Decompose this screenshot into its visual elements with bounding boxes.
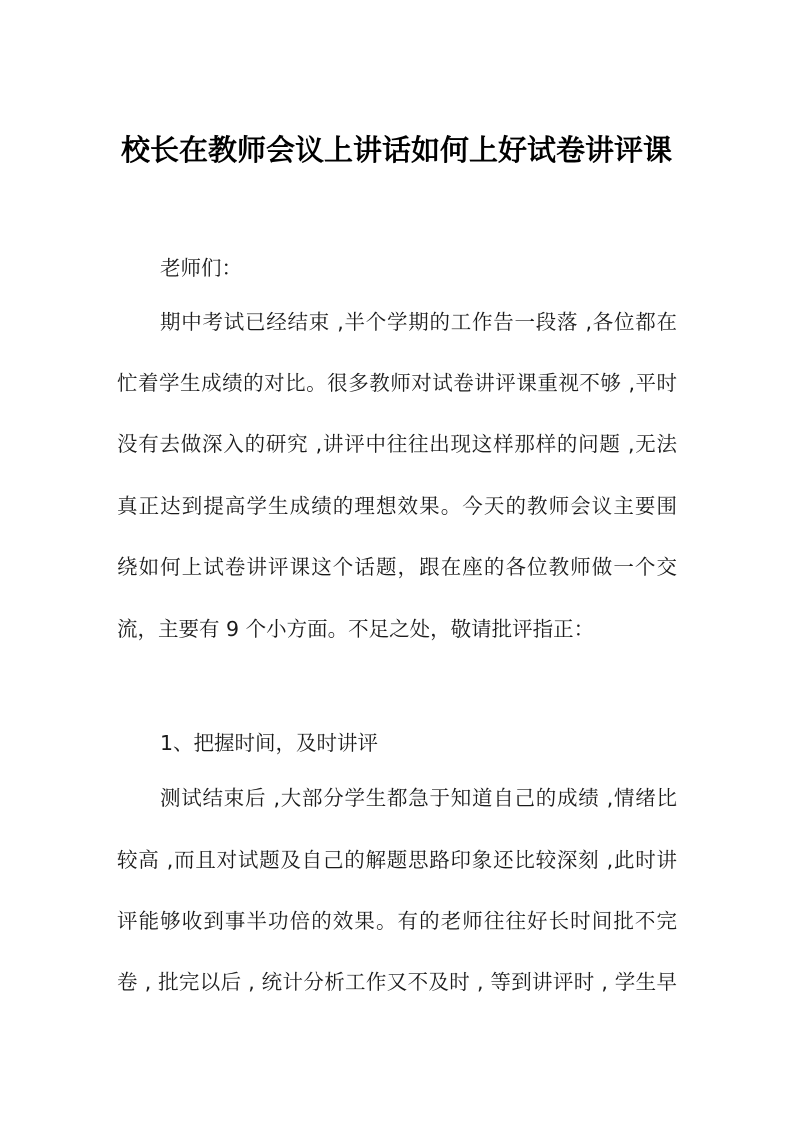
paragraph-line: 绕如何上试卷讲评课这个话题，跟在座的各位教师做一个交 xyxy=(117,552,677,582)
paragraph-line: 期中考试已经结束 ,半个学期的工作告一段落 ,各位都在 xyxy=(160,307,677,337)
document-title: 校长在教师会议上讲话如何上好试卷讲评课 xyxy=(0,128,793,172)
document-page: 校长在教师会议上讲话如何上好试卷讲评课 老师们： 期中考试已经结束 ,半个学期的… xyxy=(0,0,793,1122)
paragraph-line: 测试结束后 ,大部分学生都急于知道自己的成绩 ,情绪比 xyxy=(160,783,677,813)
salutation: 老师们： xyxy=(160,253,677,283)
section-heading: 1、把握时间，及时讲评 xyxy=(160,728,677,758)
paragraph-line: 流，主要有 9 个小方面。不足之处，敬请批评指正： xyxy=(117,614,677,644)
paragraph-line: 忙着学生成绩的对比。很多教师对试卷讲评课重视不够 ,平时 xyxy=(117,368,677,398)
paragraph-line: 评能够收到事半功倍的效果。有的老师往往好长时间批不完 xyxy=(117,906,677,936)
paragraph-line: 较高 ,而且对试题及自己的解题思路印象还比较深刻 ,此时讲 xyxy=(117,845,677,875)
paragraph-line: 没有去做深入的研究 ,讲评中往往出现这样那样的问题 ,无法 xyxy=(117,429,677,459)
paragraph-line: 真正达到提高学生成绩的理想效果。今天的教师会议主要围 xyxy=(117,491,677,521)
paragraph-line: 卷 , 批完以后 , 统计分析工作又不及时 , 等到讲评时 , 学生早 xyxy=(117,967,677,997)
